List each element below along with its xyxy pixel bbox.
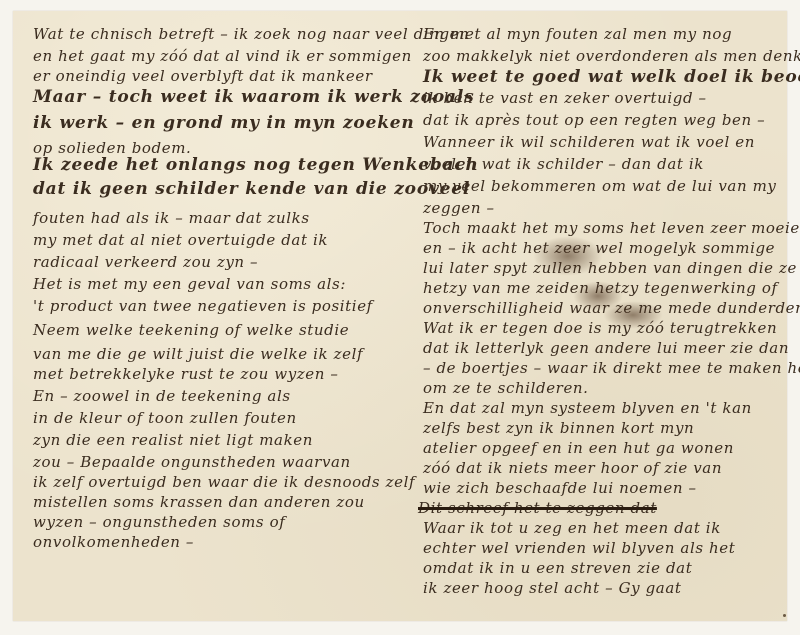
text-line: ik zelf overtuigd ben waar die ik desnoo… [33,475,415,490]
text-line: my veel bekommeren om wat de lui van my [423,179,776,194]
text-line: En dat zal myn systeem blyven en 't kan [423,401,752,416]
text-line: ik ben te vast en zeker overtuigd – [423,91,707,106]
struck-out-line: Dit schreef het te zeggen dat [418,501,657,516]
text-line: met betrekkelyke rust te zou wyzen – [33,367,339,382]
text-line: van me die ge wilt juist die welke ik ze… [33,347,363,362]
left-column: Wat te chnisch betreft – ik zoek nog naa… [13,11,403,621]
text-line: fouten had als ik – maar dat zulks [33,211,310,226]
text-line: omdat ik in u een streven zie dat [423,561,692,576]
text-line: Ik weet te goed wat welk doel ik beoog [423,69,800,86]
text-line: en het gaat my zóó dat al vind ik er som… [33,49,412,64]
text-line: dat ik letterlyk geen andere lui meer zi… [423,341,789,356]
text-line: wie zich beschaafde lui noemen – [423,481,697,496]
text-line: zoo makkelyk niet overdonderen als men d… [423,49,800,64]
text-line: wyzen – ongunstheden soms of [33,515,285,530]
text-line: ik zeer hoog stel acht – Gy gaat [423,581,682,596]
text-line: op solieden bodem. [33,141,191,156]
text-line: Toch maakt het my soms het leven zeer mo… [423,221,800,236]
text-line: mistellen soms krassen dan anderen zou [33,495,365,510]
text-line: voelen wat ik schilder – dan dat ik [423,157,704,172]
paper-mark [783,614,786,617]
right-column: En met al myn fouten zal men my nog zoo … [408,11,787,621]
text-line: onvolkomenheden – [33,535,194,550]
text-line: zyn die een realist niet ligt maken [33,433,313,448]
text-line: Wat ik er tegen doe is my zóó terugtrekk… [423,321,777,336]
text-line: zeggen – [423,201,495,216]
text-line: om ze te schilderen. [423,381,589,396]
text-line: echter wel vrienden wil blyven als het [423,541,735,556]
text-line: Wanneer ik wil schilderen wat ik voel en [423,135,755,150]
text-line: er oneindig veel overblyft dat ik mankee… [33,69,373,84]
text-line: En met al myn fouten zal men my nog [423,27,732,42]
text-line: Wat te chnisch betreft – ik zoek nog naa… [33,27,469,42]
text-line: En – zoowel in de teekening als [33,389,291,404]
text-line: ik werk – en grond my in myn zoeken [33,115,415,132]
text-line: atelier opgeef en in een hut ga wonen [423,441,734,456]
text-line: my met dat al niet overtuigde dat ik [33,233,328,248]
text-line: 't product van twee negatieven is positi… [33,299,373,314]
text-line: Neem welke teekening of welke studie [33,323,349,338]
text-line: zóó dat ik niets meer hoor of zie van [423,461,722,476]
text-line: in de kleur of toon zullen fouten [33,411,297,426]
letter-page: Wat te chnisch betreft – ik zoek nog naa… [13,11,787,621]
text-line: dat ik geen schilder kende van die zoove… [33,181,470,198]
text-line: dat ik après tout op een regten weg ben … [423,113,765,128]
text-line: Het is met my een geval van soms als: [33,277,346,292]
ink-blot [603,301,663,329]
text-line: – de boertjes – waar ik direkt mee te ma… [423,361,800,376]
text-line: zelfs best zyn ik binnen kort myn [423,421,694,436]
text-line: radicaal verkeerd zou zyn – [33,255,258,270]
ink-blot [533,236,603,276]
text-line: zou – Bepaalde ongunstheden waarvan [33,455,351,470]
text-line: Waar ik tot u zeg en het meen dat ik [423,521,721,536]
text-line: lui later spyt zullen hebben van dingen … [423,261,797,276]
